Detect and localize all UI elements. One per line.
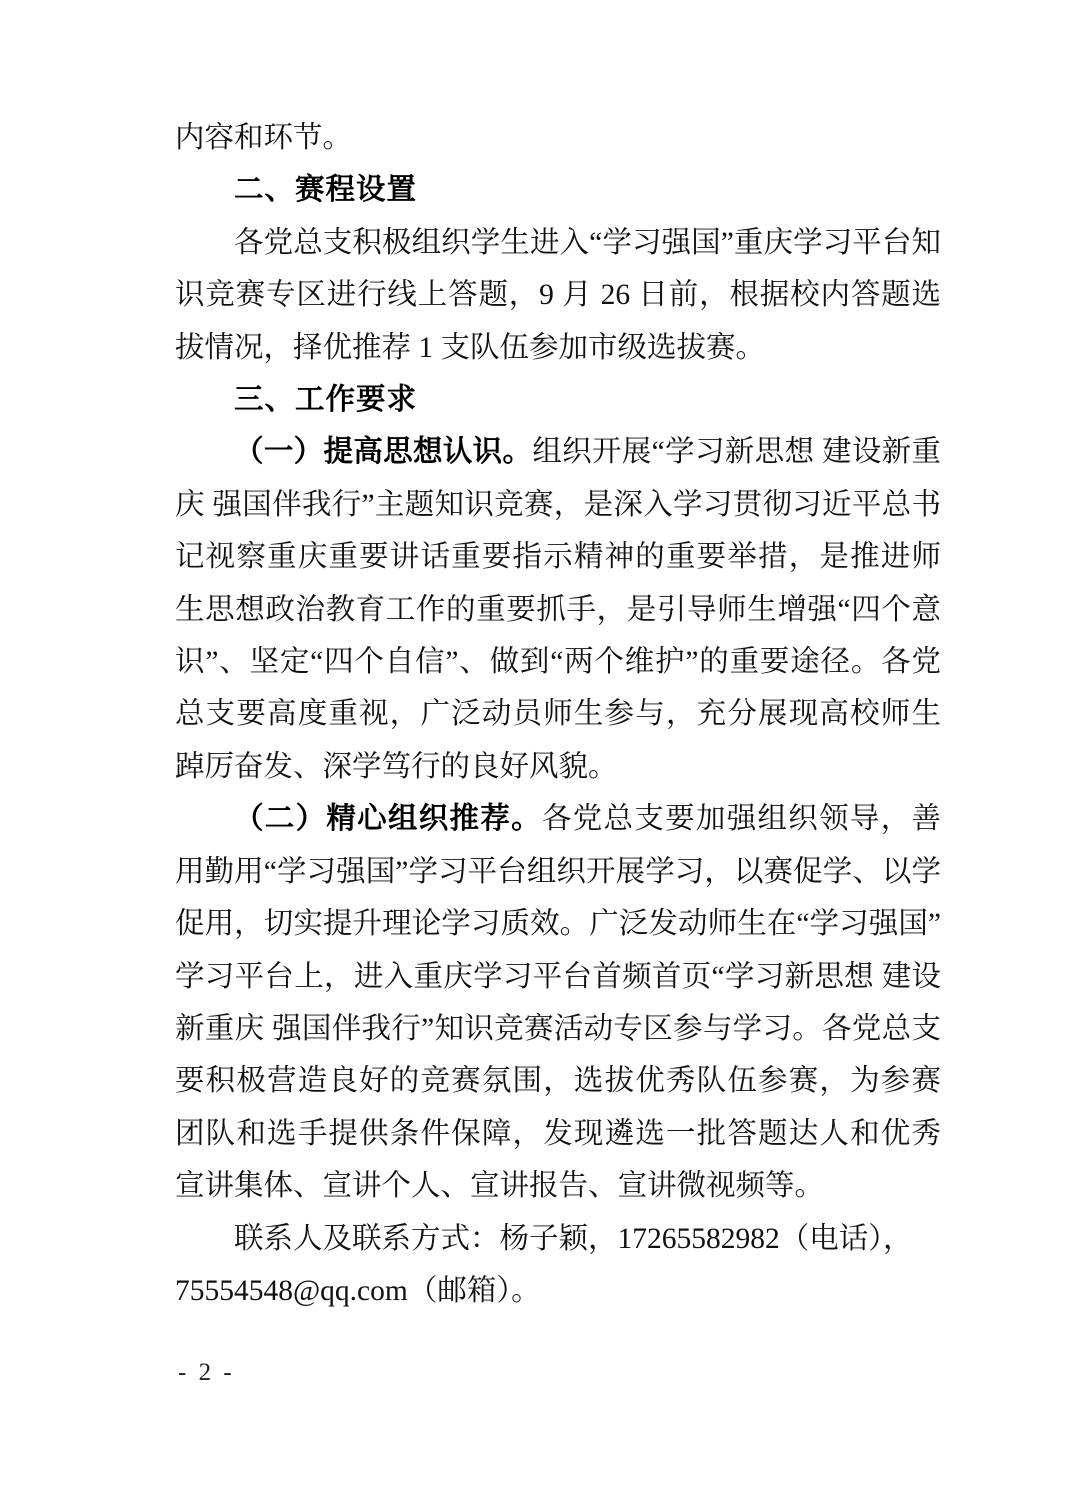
- contact-info-line: 联系人及联系方式：杨子颖，17265582982（电话），: [175, 1213, 941, 1265]
- paragraph-continuation: 内容和环节。: [175, 112, 941, 164]
- section-heading-2: 二、赛程设置: [175, 164, 941, 216]
- document-page: 内容和环节。 二、赛程设置 各党总支积极组织学生进入“学习强国”重庆学习平台知识…: [0, 0, 1080, 1505]
- work-item-1-lead: （一）提高思想认识。: [234, 436, 532, 468]
- page-number: - 2 -: [178, 1356, 235, 1390]
- document-body: 内容和环节。 二、赛程设置 各党总支积极组织学生进入“学习强国”重庆学习平台知识…: [175, 112, 941, 1317]
- work-item-2-text: 各党总支要加强组织领导，善用勤用“学习强国”学习平台组织开展学习，以赛促学、以学…: [175, 803, 941, 1202]
- work-item-2-lead: （二）精心组织推荐。: [234, 803, 542, 835]
- work-item-1-paragraph: （一）提高思想认识。组织开展“学习新思想 建设新重庆 强国伴我行”主题知识竞赛，…: [175, 426, 941, 793]
- section-2-paragraph: 各党总支积极组织学生进入“学习强国”重庆学习平台知识竞赛专区进行线上答题，9 月…: [175, 217, 941, 374]
- section-heading-3: 三、工作要求: [175, 374, 941, 426]
- work-item-2-paragraph: （二）精心组织推荐。各党总支要加强组织领导，善用勤用“学习强国”学习平台组织开展…: [175, 793, 941, 1212]
- work-item-1-text: 组织开展“学习新思想 建设新重庆 强国伴我行”主题知识竞赛，是深入学习贯彻习近平…: [175, 436, 941, 782]
- contact-email-line: 75554548@qq.com（邮箱）。: [175, 1265, 941, 1317]
